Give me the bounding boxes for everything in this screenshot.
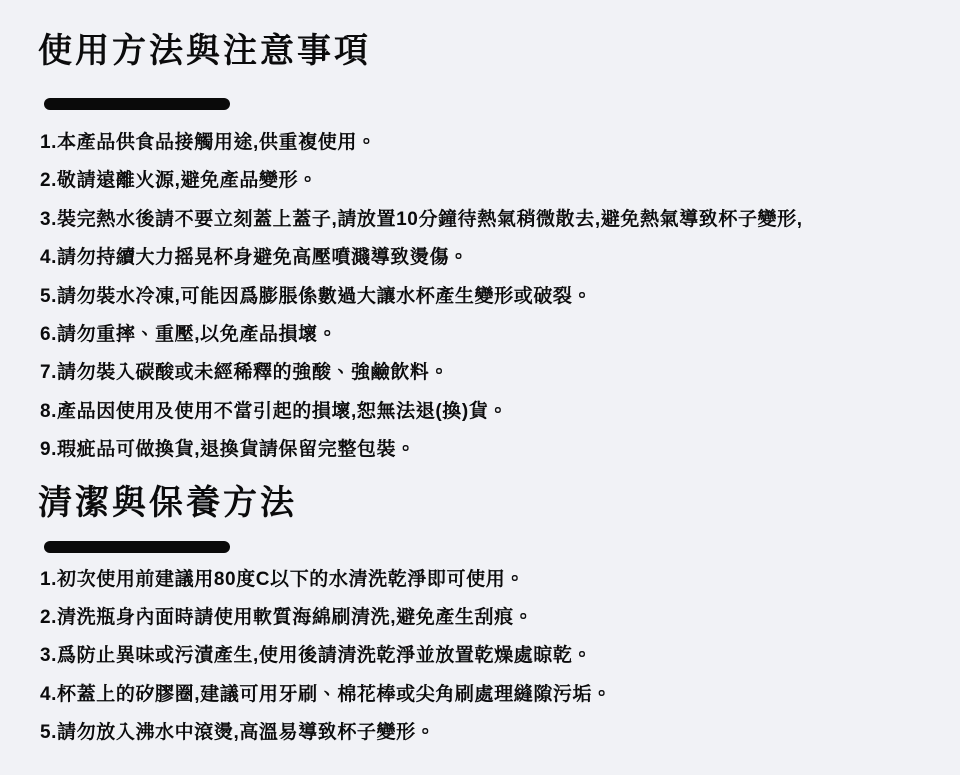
- instruction-item: 8.產品因使用及使用不當引起的損壞,恕無法退(換)貨。: [40, 393, 956, 431]
- product-instructions-page: 使用方法與注意事項 1.本產品供食品接觸用途,供重複使用。 2.敬請遠離火源,避…: [0, 0, 960, 775]
- instruction-item: 3.裝完熱水後請不要立刻蓋上蓋子,請放置10分鐘待熱氣稍微散去,避免熱氣導致杯子…: [40, 201, 956, 239]
- cleaning-instruction-list: 1.初次使用前建議用80度C以下的水清洗乾淨即可使用。 2.清洗瓶身內面時請使用…: [40, 561, 956, 753]
- instruction-item: 1.本產品供食品接觸用途,供重複使用。: [40, 124, 956, 162]
- instruction-item: 5.請勿放入沸水中滾燙,高溫易導致杯子變形。: [40, 714, 956, 752]
- section-title-cleaning: 清潔與保養方法: [38, 482, 956, 524]
- instruction-item: 1.初次使用前建議用80度C以下的水清洗乾淨即可使用。: [40, 561, 956, 599]
- instruction-item: 6.請勿重摔、重壓,以免產品損壞。: [40, 316, 956, 354]
- instruction-item: 5.請勿裝水冷凍,可能因爲膨脹係數過大讓水杯產生變形或破裂。: [40, 278, 956, 316]
- title-underline-bar: [44, 541, 230, 553]
- instruction-item: 4.杯蓋上的矽膠圈,建議可用牙刷、棉花棒或尖角刷處理縫隙污垢。: [40, 676, 956, 714]
- instruction-item: 9.瑕疵品可做換貨,退換貨請保留完整包裝。: [40, 431, 956, 469]
- instruction-item: 4.請勿持續大力摇晃杯身避免高壓噴濺導致燙傷。: [40, 239, 956, 277]
- section-title-usage: 使用方法與注意事項: [38, 30, 956, 72]
- instruction-item: 7.請勿裝入碳酸或未經稀釋的強酸、強鹼飲料。: [40, 354, 956, 392]
- instruction-item: 3.爲防止異味或污漬產生,使用後請清洗乾淨並放置乾燥處晾乾。: [40, 637, 956, 675]
- instruction-item: 2.敬請遠離火源,避免產品變形。: [40, 162, 956, 200]
- usage-instruction-list: 1.本產品供食品接觸用途,供重複使用。 2.敬請遠離火源,避免產品變形。 3.裝…: [40, 124, 956, 470]
- instruction-item: 2.清洗瓶身內面時請使用軟質海綿刷清洗,避免產生刮痕。: [40, 599, 956, 637]
- title-underline-bar: [44, 98, 230, 110]
